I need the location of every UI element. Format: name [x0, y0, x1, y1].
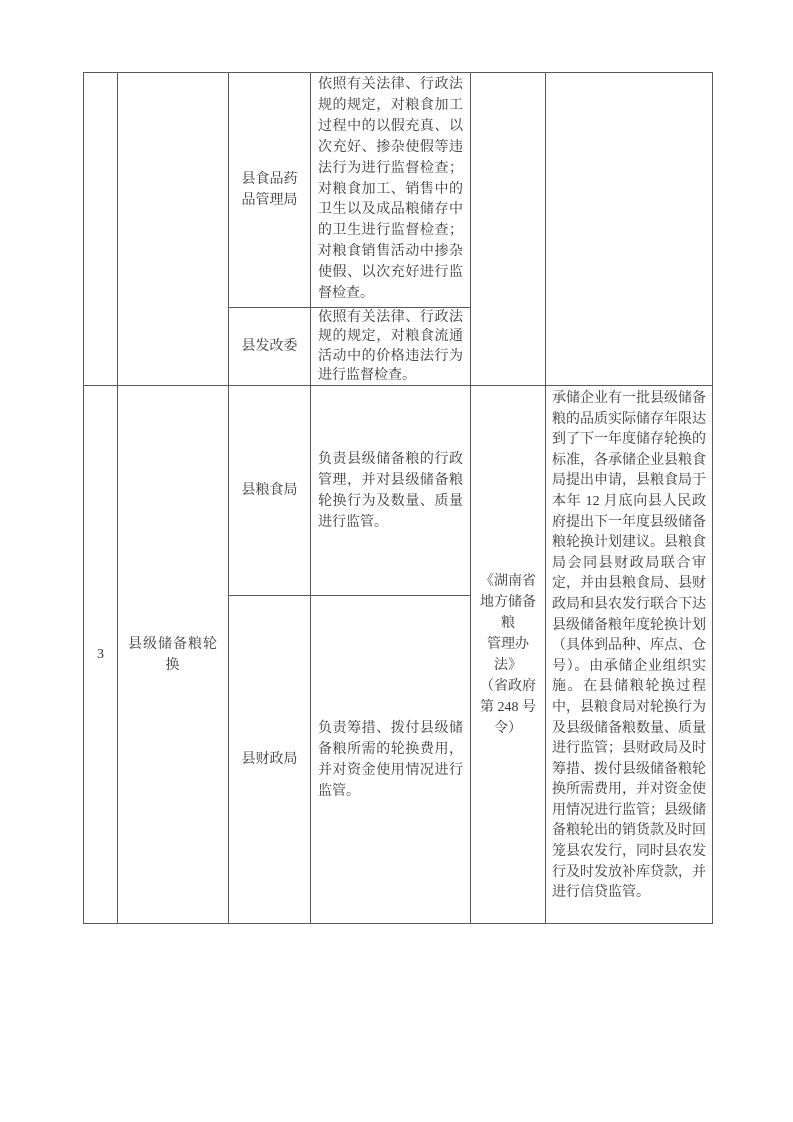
responsibility-cell: 依照有关法律、行政法规的规定，对粮食加工过程中的以假充真、以次充好、掺杂使假等违…: [311, 73, 471, 308]
legal-basis-cell: 《湖南省 地方储备 粮 管理办 法》 （省政府 第 248 号 令）: [471, 386, 546, 924]
department-cell: 县发改委: [229, 308, 311, 386]
department-cell: 县粮食局: [229, 386, 311, 596]
department-cell: 县食品药 品管理局: [229, 73, 311, 308]
document-page: 县食品药 品管理局 依照有关法律、行政法规的规定，对粮食加工过程中的以假充真、以…: [0, 0, 793, 1122]
description-cell: 承储企业有一批县级储备粮的品质实际储存年限达到了下一年度储存轮换的标准，各承储企…: [546, 386, 713, 924]
responsibility-table: 县食品药 品管理局 依照有关法律、行政法规的规定，对粮食加工过程中的以假充真、以…: [83, 72, 713, 924]
item-cell-empty: [118, 73, 229, 386]
responsibility-cell: 负责筹措、拨付县级储备粮所需的轮换费用，并对资金使用情况进行监管。: [311, 596, 471, 924]
responsibility-text: 负责县级储备粮的行政管理，并对县级储备粮轮换行为及数量、质量进行监管。: [318, 449, 463, 533]
responsibility-cell: 依照有关法律、行政法规的规定，对粮食流通活动中的价格违法行为进行监督检查。: [311, 308, 471, 386]
department-cell: 县财政局: [229, 596, 311, 924]
serial-cell-empty: [84, 73, 118, 386]
responsibility-cell: 负责县级储备粮的行政管理，并对县级储备粮轮换行为及数量、质量进行监管。: [311, 386, 471, 596]
legal-basis-cell-empty: [471, 73, 546, 386]
responsibility-text: 依照有关法律、行政法规的规定，对粮食流通活动中的价格违法行为进行监督检查。: [318, 308, 463, 385]
description-cell-empty: [546, 73, 713, 386]
serial-number-cell: 3: [84, 386, 118, 924]
description-text: 承储企业有一批县级储备粮的品质实际储存年限达到了下一年度储存轮换的标准，各承储企…: [552, 389, 706, 904]
responsibility-text: 负责筹措、拨付县级储备粮所需的轮换费用，并对资金使用情况进行监管。: [318, 718, 463, 802]
item-name-cell: 县级储备粮轮 换: [118, 386, 229, 924]
responsibility-text: 依照有关法律、行政法规的规定，对粮食加工过程中的以假充真、以次充好、掺杂使假等违…: [318, 75, 463, 305]
